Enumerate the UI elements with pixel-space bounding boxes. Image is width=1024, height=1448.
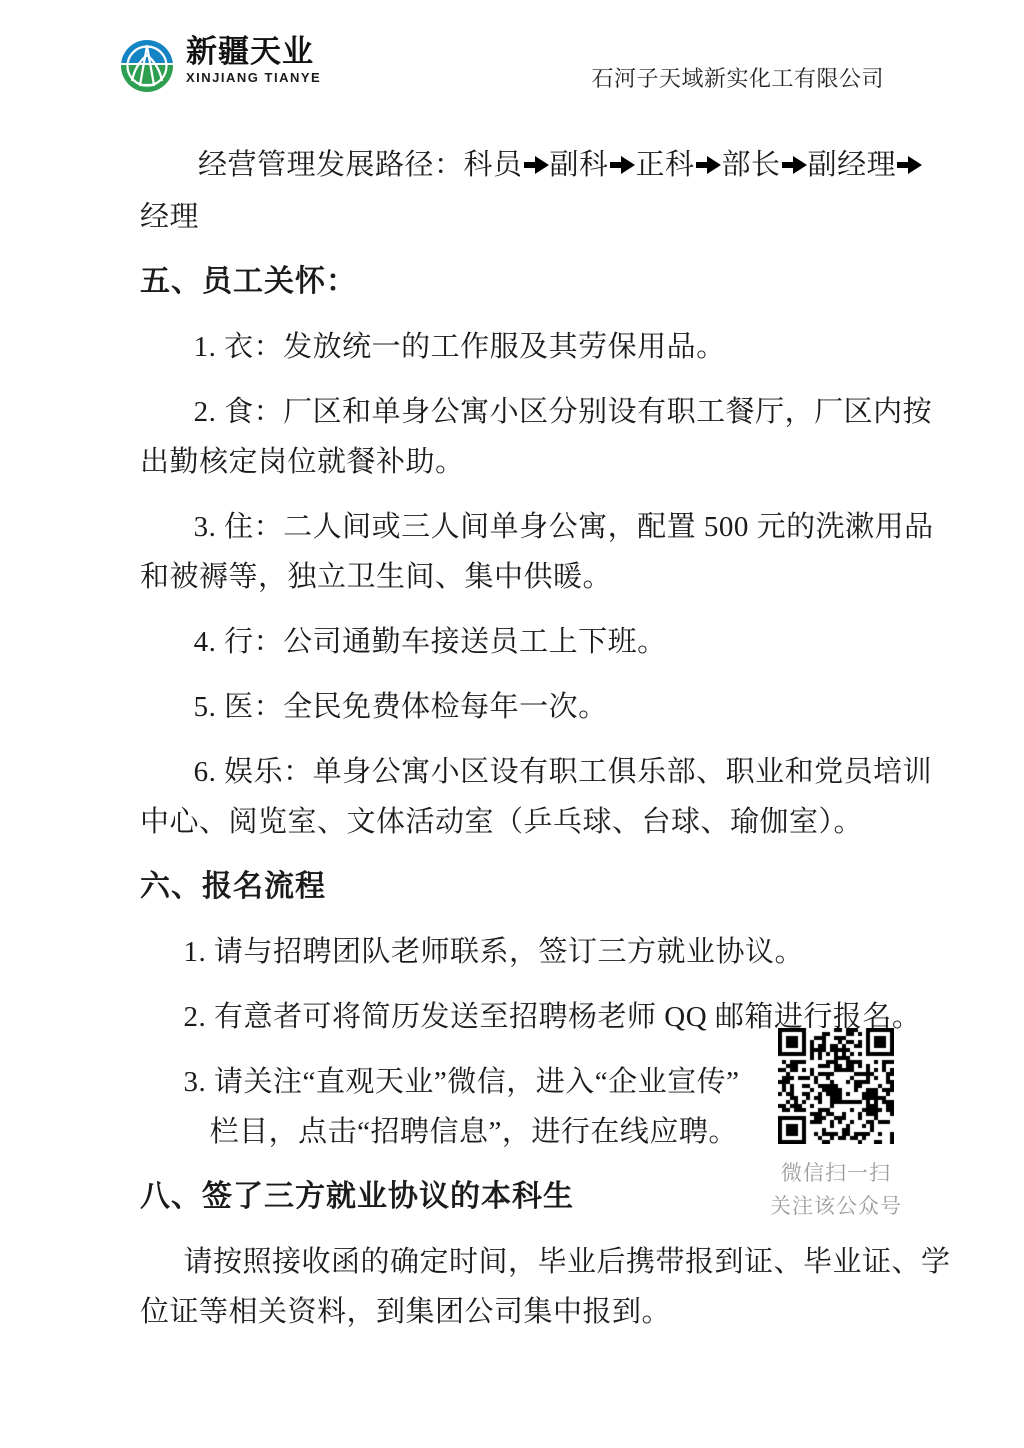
- text-line: 6. 娱乐：单身公寓小区设有职工俱乐部、职业和党员培训: [140, 747, 1024, 797]
- qr-code: [778, 1028, 894, 1144]
- text-line: 4. 行：公司通勤车接送员工上下班。: [140, 617, 1024, 667]
- paragraph: 经营管理发展路径：科员副科正科部长副经理经理: [140, 140, 1024, 242]
- qr-panel: 微信扫一扫 关注该公众号: [754, 1028, 918, 1223]
- qr-caption-line2: 关注该公众号: [754, 1190, 918, 1223]
- text-line: 经理: [140, 192, 1024, 242]
- page-root: 新疆天业 XINJIANG TIANYE 石河子天域新实化工有限公司 经营管理发…: [0, 0, 1024, 1448]
- text-line: 位证等相关资料，到集团公司集中报到。: [140, 1287, 1024, 1337]
- paragraph: 1. 请与招聘团队老师联系，签订三方就业协议。: [140, 927, 1024, 977]
- logo-name-en: XINJIANG TIANYE: [186, 70, 321, 86]
- company-name: 石河子天域新实化工有限公司: [591, 62, 884, 93]
- right-arrow-icon: [782, 142, 807, 192]
- document-header: 新疆天业 XINJIANG TIANYE 石河子天域新实化工有限公司: [0, 0, 1024, 104]
- right-arrow-icon: [897, 142, 922, 192]
- text-line: 和被褥等，独立卫生间、集中供暖。: [140, 552, 1024, 602]
- text-line: 5. 医：全民免费体检每年一次。: [140, 682, 1024, 732]
- paragraph: 4. 行：公司通勤车接送员工上下班。: [140, 617, 1024, 667]
- section-heading: 五、员工关怀：: [140, 257, 1024, 307]
- text-line: 出勤核定岗位就餐补助。: [140, 437, 1024, 487]
- right-arrow-icon: [696, 142, 721, 192]
- text-line: 中心、阅览室、文体活动室（乒乓球、台球、瑜伽室）。: [140, 797, 1024, 847]
- section-heading: 六、报名流程: [140, 862, 1024, 912]
- text-line: 经营管理发展路径：科员副科正科部长副经理: [140, 140, 1024, 192]
- text-line: 3. 住：二人间或三人间单身公寓，配置 500 元的洗漱用品: [140, 502, 1024, 552]
- paragraph: 1. 衣：发放统一的工作服及其劳保用品。: [140, 322, 1024, 372]
- right-arrow-icon: [610, 142, 635, 192]
- paragraph: 6. 娱乐：单身公寓小区设有职工俱乐部、职业和党员培训中心、阅览室、文体活动室（…: [140, 747, 1024, 847]
- logo-emblem-icon: [120, 39, 174, 98]
- company-logo: 新疆天业 XINJIANG TIANYE: [120, 34, 321, 98]
- text-line: 请按照接收函的确定时间，毕业后携带报到证、毕业证、学: [140, 1237, 1024, 1287]
- text-line: 五、员工关怀：: [140, 257, 1024, 307]
- text-line: 1. 衣：发放统一的工作服及其劳保用品。: [140, 322, 1024, 372]
- text-line: 2. 食：厂区和单身公寓小区分别设有职工餐厅，厂区内按: [140, 387, 1024, 437]
- paragraph: 2. 食：厂区和单身公寓小区分别设有职工餐厅，厂区内按出勤核定岗位就餐补助。: [140, 387, 1024, 487]
- paragraph: 请按照接收函的确定时间，毕业后携带报到证、毕业证、学位证等相关资料，到集团公司集…: [140, 1237, 1024, 1337]
- text-line: 六、报名流程: [140, 862, 1024, 912]
- paragraph: 3. 住：二人间或三人间单身公寓，配置 500 元的洗漱用品和被褥等，独立卫生间…: [140, 502, 1024, 602]
- right-arrow-icon: [524, 142, 549, 192]
- qr-caption: 微信扫一扫 关注该公众号: [754, 1157, 918, 1223]
- text-line: 1. 请与招聘团队老师联系，签订三方就业协议。: [140, 927, 1024, 977]
- logo-text: 新疆天业 XINJIANG TIANYE: [186, 34, 321, 86]
- logo-name-zh: 新疆天业: [186, 34, 321, 70]
- paragraph: 5. 医：全民免费体检每年一次。: [140, 682, 1024, 732]
- qr-caption-line1: 微信扫一扫: [754, 1157, 918, 1190]
